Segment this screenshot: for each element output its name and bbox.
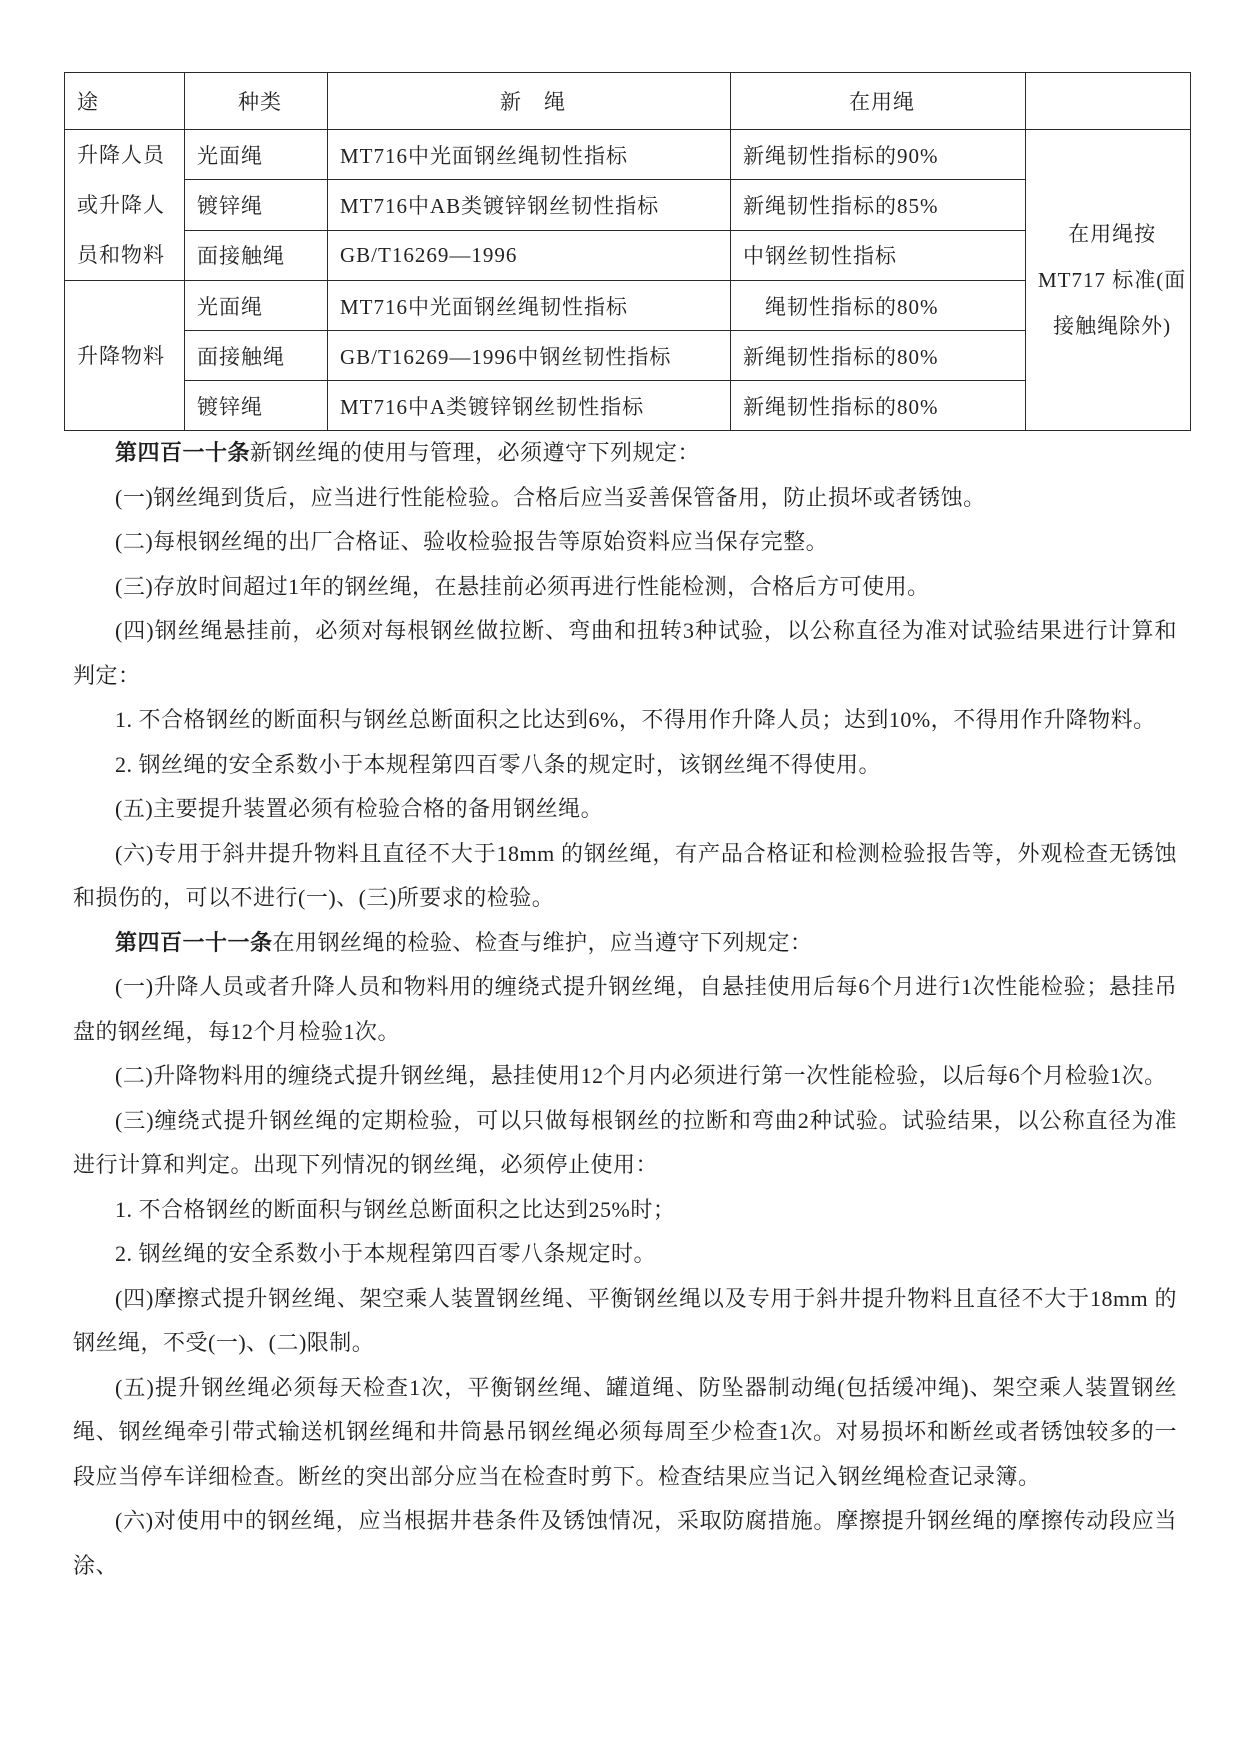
row-group-hoisting-personnel: 升降人员 或升降人 员和物料 [65, 130, 185, 281]
paragraph-text: 2. 钢丝绳的安全系数小于本规程第四百零八条规定时。 [115, 1241, 656, 1266]
col-header-use: 途 [65, 73, 185, 130]
paragraph-text: 1. 不合格钢丝的断面积与钢丝总断面积之比达到6%，不得用作升降人员；达到10%… [115, 707, 1156, 732]
paragraph-text: (三)存放时间超过1年的钢丝绳，在悬挂前必须再进行性能检测，合格后方可使用。 [115, 574, 930, 599]
paragraph-text: (一)钢丝绳到货后，应当进行性能检验。合格后应当妥善保管备用，防止损坏或者锈蚀。 [115, 485, 986, 510]
rope-kind-cell: 面接触绳 [185, 230, 328, 280]
paragraph: (三)存放时间超过1年的钢丝绳，在悬挂前必须再进行性能检测，合格后方可使用。 [73, 565, 1177, 610]
paragraph-text: 在用钢丝绳的检验、检查与维护，应当遵守下列规定： [273, 930, 813, 955]
paragraph: (五)主要提升装置必须有检验合格的备用钢丝绳。 [73, 787, 1177, 832]
inuse-rope-cell: 绳韧性指标的80% [731, 281, 1026, 331]
table-row: 升降物料 光面绳 MT716中光面钢丝绳韧性指标 绳韧性指标的80% [65, 281, 1191, 331]
new-rope-cell: MT716中AB类镀锌钢丝韧性指标 [328, 180, 731, 230]
note-line: 在用绳按 [1038, 211, 1186, 257]
table-row: 面接触绳 GB/T16269—1996 中钢丝韧性指标 [65, 230, 1191, 280]
rope-kind-cell: 镀锌绳 [185, 381, 328, 431]
paragraph-text: (一)升降人员或者升降人员和物料用的缠绕式提升钢丝绳，自悬挂使用后每6个月进行1… [73, 974, 1177, 1044]
table-header-row: 途 种类 新 绳 在用绳 [65, 73, 1191, 130]
table-row: 升降人员 或升降人 员和物料 光面绳 MT716中光面钢丝绳韧性指标 新绳韧性指… [65, 130, 1191, 180]
col-header-kind: 种类 [185, 73, 328, 130]
group-label-line: 升降人员 [77, 130, 180, 180]
paragraph-text: (四)摩擦式提升钢丝绳、架空乘人装置钢丝绳、平衡钢丝绳以及专用于斜井提升物料且直… [73, 1286, 1177, 1356]
rope-kind-cell: 面接触绳 [185, 331, 328, 381]
paragraph: (三)缠绕式提升钢丝绳的定期检验，可以只做每根钢丝的拉断和弯曲2种试验。试验结果… [73, 1099, 1177, 1188]
note-line: 接触绳除外) [1038, 303, 1186, 349]
rope-standards-table: 途 种类 新 绳 在用绳 升降人员 或升降人 员和物料 光面绳 MT716中光面… [64, 72, 1191, 431]
col-header-note [1026, 73, 1191, 130]
paragraph: (六)对使用中的钢丝绳，应当根据井巷条件及锈蚀情况，采取防腐措施。摩擦提升钢丝绳… [73, 1499, 1177, 1588]
paragraph: 1. 不合格钢丝的断面积与钢丝总断面积之比达到6%，不得用作升降人员；达到10%… [73, 698, 1177, 743]
merged-note-cell: 在用绳按 MT717 标准(面 接触绳除外) [1026, 130, 1191, 431]
document-page: 途 种类 新 绳 在用绳 升降人员 或升降人 员和物料 光面绳 MT716中光面… [0, 0, 1241, 1754]
rope-kind-cell: 光面绳 [185, 281, 328, 331]
article-body: 第四百一十条新钢丝绳的使用与管理，必须遵守下列规定： (一)钢丝绳到货后，应当进… [73, 431, 1177, 1588]
paragraph-text: (六)专用于斜井提升物料且直径不大于18mm 的钢丝绳，有产品合格证和检测检验报… [73, 841, 1177, 911]
col-header-new-rope: 新 绳 [328, 73, 731, 130]
paragraph: (二)每根钢丝绳的出厂合格证、验收检验报告等原始资料应当保存完整。 [73, 520, 1177, 565]
paragraph: (一)钢丝绳到货后，应当进行性能检验。合格后应当妥善保管备用，防止损坏或者锈蚀。 [73, 476, 1177, 521]
paragraph-text: (四)钢丝绳悬挂前，必须对每根钢丝做拉断、弯曲和扭转3种试验，以公称直径为准对试… [73, 618, 1177, 688]
table-row: 镀锌绳 MT716中AB类镀锌钢丝韧性指标 新绳韧性指标的85% [65, 180, 1191, 230]
inuse-rope-cell: 中钢丝韧性指标 [731, 230, 1026, 280]
row-group-hoisting-materials: 升降物料 [65, 281, 185, 431]
new-rope-cell: GB/T16269—1996中钢丝韧性指标 [328, 331, 731, 381]
paragraph-text: 1. 不合格钢丝的断面积与钢丝总断面积之比达到25%时； [115, 1197, 675, 1222]
inuse-rope-cell: 新绳韧性指标的90% [731, 130, 1026, 180]
paragraph: (二)升降物料用的缠绕式提升钢丝绳，悬挂使用12个月内必须进行第一次性能检验，以… [73, 1054, 1177, 1099]
paragraph: (四)钢丝绳悬挂前，必须对每根钢丝做拉断、弯曲和扭转3种试验，以公称直径为准对试… [73, 609, 1177, 698]
col-header-inuse-rope: 在用绳 [731, 73, 1026, 130]
note-line: MT717 标准(面 [1038, 257, 1186, 303]
paragraph: (六)专用于斜井提升物料且直径不大于18mm 的钢丝绳，有产品合格证和检测检验报… [73, 832, 1177, 921]
article-number: 第四百一十条 [115, 440, 250, 465]
paragraph-text: (五)提升钢丝绳必须每天检查1次，平衡钢丝绳、罐道绳、防坠器制动绳(包括缓冲绳)… [73, 1375, 1177, 1489]
group-label-line: 员和物料 [77, 230, 180, 280]
new-rope-cell: GB/T16269—1996 [328, 230, 731, 280]
new-rope-cell: MT716中光面钢丝绳韧性指标 [328, 281, 731, 331]
new-rope-cell: MT716中光面钢丝绳韧性指标 [328, 130, 731, 180]
table-row: 镀锌绳 MT716中A类镀锌钢丝韧性指标 新绳韧性指标的80% [65, 381, 1191, 431]
inuse-rope-cell: 新绳韧性指标的80% [731, 331, 1026, 381]
article-number: 第四百一十一条 [115, 930, 273, 955]
group-label-line: 升降物料 [77, 331, 180, 381]
paragraph: 第四百一十一条在用钢丝绳的检验、检查与维护，应当遵守下列规定： [73, 921, 1177, 966]
paragraph: (五)提升钢丝绳必须每天检查1次，平衡钢丝绳、罐道绳、防坠器制动绳(包括缓冲绳)… [73, 1366, 1177, 1500]
table-row: 面接触绳 GB/T16269—1996中钢丝韧性指标 新绳韧性指标的80% [65, 331, 1191, 381]
inuse-rope-cell: 新绳韧性指标的85% [731, 180, 1026, 230]
paragraph-text: (三)缠绕式提升钢丝绳的定期检验，可以只做每根钢丝的拉断和弯曲2种试验。试验结果… [73, 1108, 1177, 1178]
paragraph: 2. 钢丝绳的安全系数小于本规程第四百零八条规定时。 [73, 1232, 1177, 1277]
paragraph: 2. 钢丝绳的安全系数小于本规程第四百零八条的规定时，该钢丝绳不得使用。 [73, 743, 1177, 788]
inuse-rope-cell: 新绳韧性指标的80% [731, 381, 1026, 431]
paragraph-text: (五)主要提升装置必须有检验合格的备用钢丝绳。 [115, 796, 603, 821]
paragraph: (一)升降人员或者升降人员和物料用的缠绕式提升钢丝绳，自悬挂使用后每6个月进行1… [73, 965, 1177, 1054]
rope-kind-cell: 光面绳 [185, 130, 328, 180]
rope-kind-cell: 镀锌绳 [185, 180, 328, 230]
paragraph: 第四百一十条新钢丝绳的使用与管理，必须遵守下列规定： [73, 431, 1177, 476]
new-rope-cell: MT716中A类镀锌钢丝韧性指标 [328, 381, 731, 431]
paragraph-text: 2. 钢丝绳的安全系数小于本规程第四百零八条的规定时，该钢丝绳不得使用。 [115, 752, 881, 777]
paragraph-text: (二)每根钢丝绳的出厂合格证、验收检验报告等原始资料应当保存完整。 [115, 529, 828, 554]
group-label-line: 或升降人 [77, 180, 180, 230]
paragraph-text: (二)升降物料用的缠绕式提升钢丝绳，悬挂使用12个月内必须进行第一次性能检验，以… [115, 1063, 1167, 1088]
paragraph: 1. 不合格钢丝的断面积与钢丝总断面积之比达到25%时； [73, 1188, 1177, 1233]
paragraph-text: (六)对使用中的钢丝绳，应当根据井巷条件及锈蚀情况，采取防腐措施。摩擦提升钢丝绳… [73, 1508, 1177, 1578]
paragraph-text: 新钢丝绳的使用与管理，必须遵守下列规定： [250, 440, 700, 465]
paragraph: (四)摩擦式提升钢丝绳、架空乘人装置钢丝绳、平衡钢丝绳以及专用于斜井提升物料且直… [73, 1277, 1177, 1366]
